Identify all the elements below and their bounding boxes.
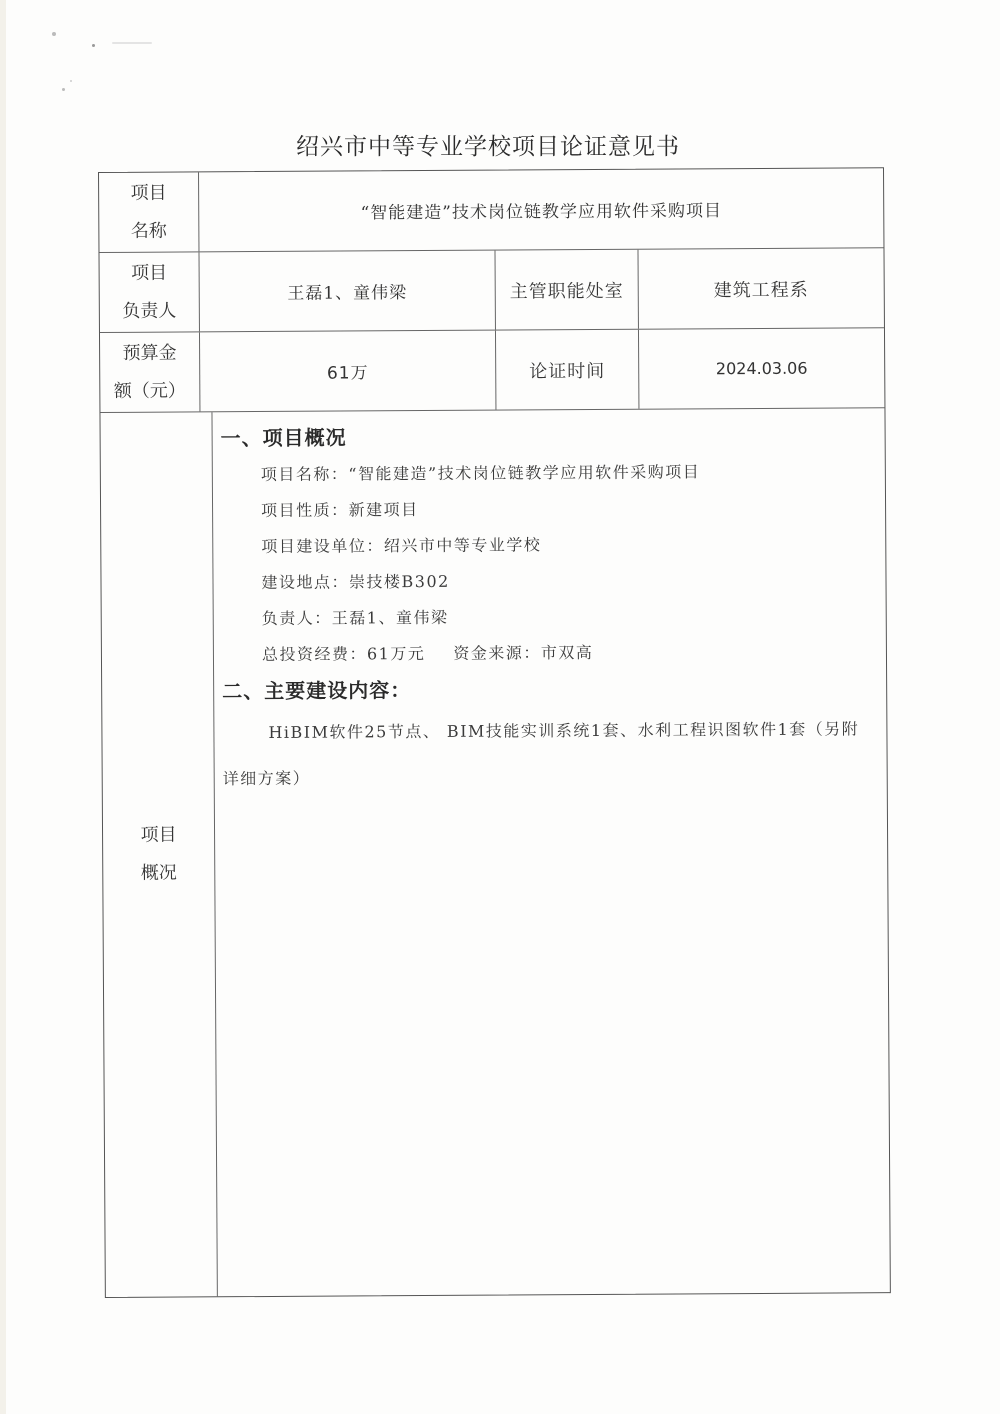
- label-line: 额（元）: [114, 372, 186, 410]
- budget-value: 61万: [200, 331, 496, 412]
- label-line: 负责人: [122, 292, 176, 330]
- evaluation-date-value: 2024.03.06: [639, 328, 884, 408]
- label-line: 项目: [140, 817, 176, 855]
- label-line: 项目: [131, 174, 167, 212]
- overview-content: 一、项目概况 项目名称：“智能建造”技术岗位链教学应用软件采购项目 项目性质：新…: [212, 408, 889, 1296]
- label-line: 概况: [141, 855, 177, 893]
- label-line: 名称: [131, 212, 167, 250]
- project-name-label: 项目 名称: [99, 172, 199, 252]
- info-line-project-name: 项目名称：“智能建造”技术岗位链教学应用软件采购项目: [221, 453, 875, 493]
- info-line-leader: 负责人：王磊1、童伟梁: [222, 597, 876, 637]
- overview-label: 项目 概况: [100, 412, 217, 1297]
- info-line-location: 建设地点：崇技楼B302: [221, 561, 875, 601]
- row-project-name: 项目 名称 “智能建造”技术岗位链教学应用软件采购项目: [99, 168, 883, 253]
- document-page: 绍兴市中等专业学校项目论证意见书 项目 名称 “智能建造”技术岗位链教学应用软件…: [0, 0, 1000, 1414]
- budget-label: 预算金 额（元）: [100, 332, 200, 412]
- row-budget: 预算金 额（元） 61万 论证时间 2024.03.06: [100, 328, 884, 413]
- document-title: 绍兴市中等专业学校项目论证意见书: [0, 128, 976, 161]
- label-line: 项目: [131, 254, 167, 292]
- fund-source: 资金来源：市双高: [453, 643, 593, 663]
- project-name-value: “智能建造”技术岗位链教学应用软件采购项目: [199, 168, 883, 251]
- total-investment: 总投资经费：61万元: [262, 644, 425, 664]
- evaluation-form-table: 项目 名称 “智能建造”技术岗位链教学应用软件采购项目 项目 负责人 王磊1、童…: [98, 167, 891, 1298]
- project-leader-value: 王磊1、童伟梁: [199, 251, 495, 332]
- label-line: 预算金: [122, 334, 176, 372]
- info-line-funding: 总投资经费：61万元资金来源：市双高: [222, 633, 876, 673]
- department-label: 主管职能处室: [495, 250, 638, 330]
- info-line-project-nature: 项目性质：新建项目: [221, 489, 875, 529]
- project-leader-label: 项目 负责人: [99, 252, 199, 332]
- section-heading-construction: 二、主要建设内容：: [222, 671, 876, 704]
- scan-edge: [0, 0, 6, 1414]
- row-project-overview: 项目 概况 一、项目概况 项目名称：“智能建造”技术岗位链教学应用软件采购项目 …: [100, 408, 889, 1297]
- evaluation-date-label: 论证时间: [496, 330, 639, 410]
- construction-content: HiBIM软件25节点、 BIM技能实训系统1套、水利工程识图软件1套（另附详细…: [222, 706, 877, 802]
- info-line-builder: 项目建设单位：绍兴市中等专业学校: [221, 525, 875, 565]
- department-value: 建筑工程系: [638, 248, 883, 328]
- section-heading-overview: 一、项目概况: [221, 418, 875, 451]
- row-project-leader: 项目 负责人 王磊1、童伟梁 主管职能处室 建筑工程系: [99, 248, 883, 333]
